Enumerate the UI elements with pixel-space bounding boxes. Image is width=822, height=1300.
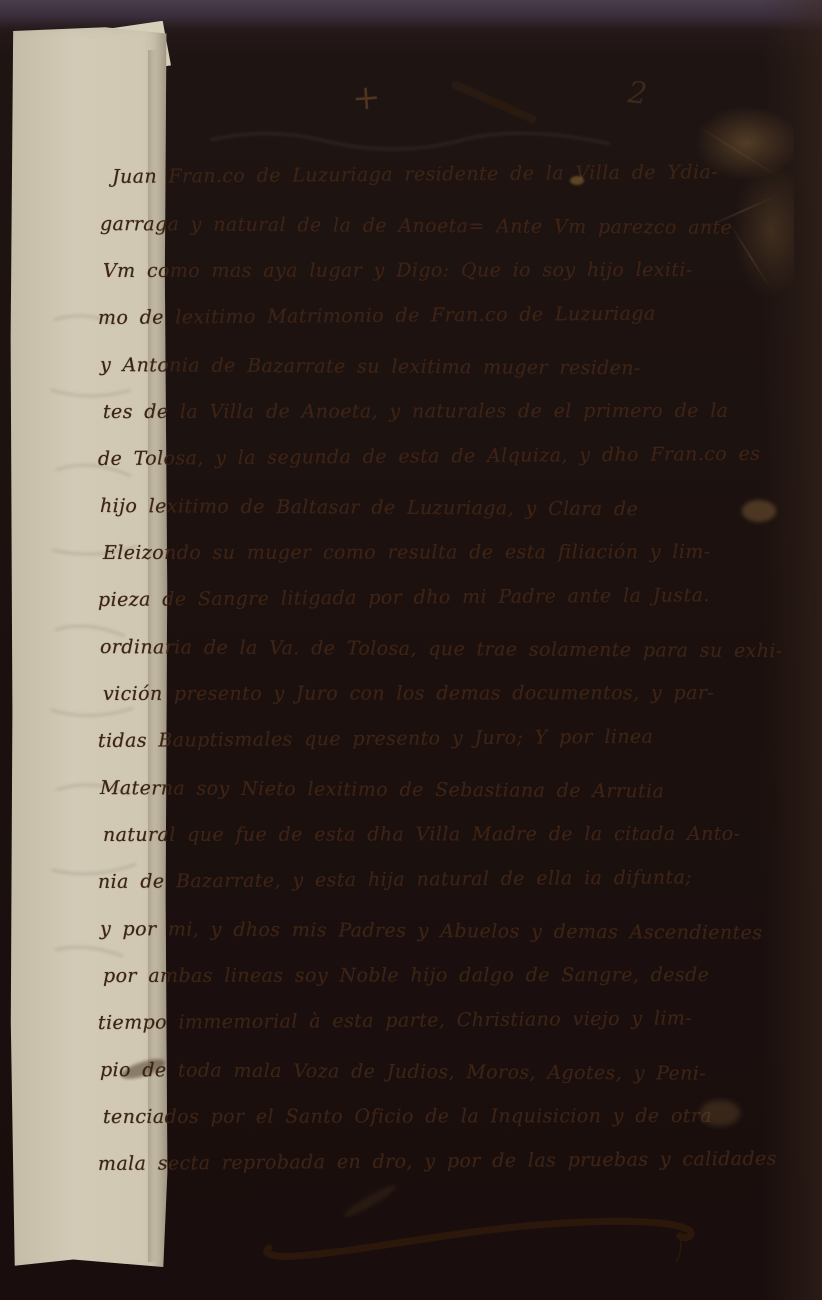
manuscript-line: pieza de Sangre litigada por dho mi Padr… bbox=[98, 572, 770, 624]
folio-number: 2 bbox=[626, 75, 649, 112]
manuscript-line: Juan Fran.co de Luzuriaga residente de l… bbox=[98, 143, 770, 201]
manuscript-line: natural que fue de esta dha Villa Madre … bbox=[103, 811, 775, 859]
manuscript-line: tidas Bauptismales que presento y Juro; … bbox=[98, 713, 770, 765]
manuscript-line: Materna soy Nieto lexitimo de Sebastiana… bbox=[100, 765, 772, 816]
manuscript-line: y por mi, y dhos mis Padres y Abuelos y … bbox=[100, 906, 772, 957]
manuscript-line: Eleizondo su muger como resulta de esta … bbox=[103, 529, 775, 577]
manuscript-line: tes de la Villa de Anoeta, y naturales d… bbox=[103, 388, 775, 436]
manuscript-line: tenciados por el Santo Oficio de la Inqu… bbox=[103, 1093, 775, 1141]
manuscript-line: Vm como mas aya lugar y Digo: Que io soy… bbox=[103, 247, 775, 295]
ink-flourish bbox=[255, 1208, 725, 1268]
manuscript-text: Juan Fran.co de Luzuriaga residente de l… bbox=[98, 148, 770, 1188]
header-cross-mark: + bbox=[351, 77, 382, 119]
manuscript-line: de Tolosa, y la segunda de esta de Alqui… bbox=[98, 431, 770, 483]
paper-stain bbox=[742, 500, 776, 522]
paper-stain bbox=[700, 1100, 740, 1126]
manuscript-line: garraga y natural de la de Anoeta= Ante … bbox=[100, 201, 772, 252]
manuscript-line: hijo lexitimo de Baltasar de Luzuriaga, … bbox=[100, 483, 772, 534]
manuscript-line: mo de lexitimo Matrimonio de Fran.co de … bbox=[98, 290, 770, 342]
manuscript-line: y Antonia de Bazarrate su lexitima muger… bbox=[100, 342, 772, 393]
manuscript-line: vición presento y Juro con los demas doc… bbox=[103, 670, 775, 718]
paper-stain bbox=[570, 176, 584, 185]
manuscript-line: pio de toda mala Voza de Judios, Moros, … bbox=[100, 1047, 772, 1098]
manuscript-line: tiempo immemorial à esta parte, Christia… bbox=[98, 995, 770, 1047]
manuscript-line: por ambas lineas soy Noble hijo dalgo de… bbox=[103, 952, 775, 1000]
manuscript-line: nia de Bazarrate, y esta hija natural de… bbox=[98, 854, 770, 906]
manuscript-line: mala secta reprobada en dro, y por de la… bbox=[98, 1136, 770, 1188]
manuscript-line: ordinaria de la Va. de Tolosa, que trae … bbox=[100, 624, 772, 675]
